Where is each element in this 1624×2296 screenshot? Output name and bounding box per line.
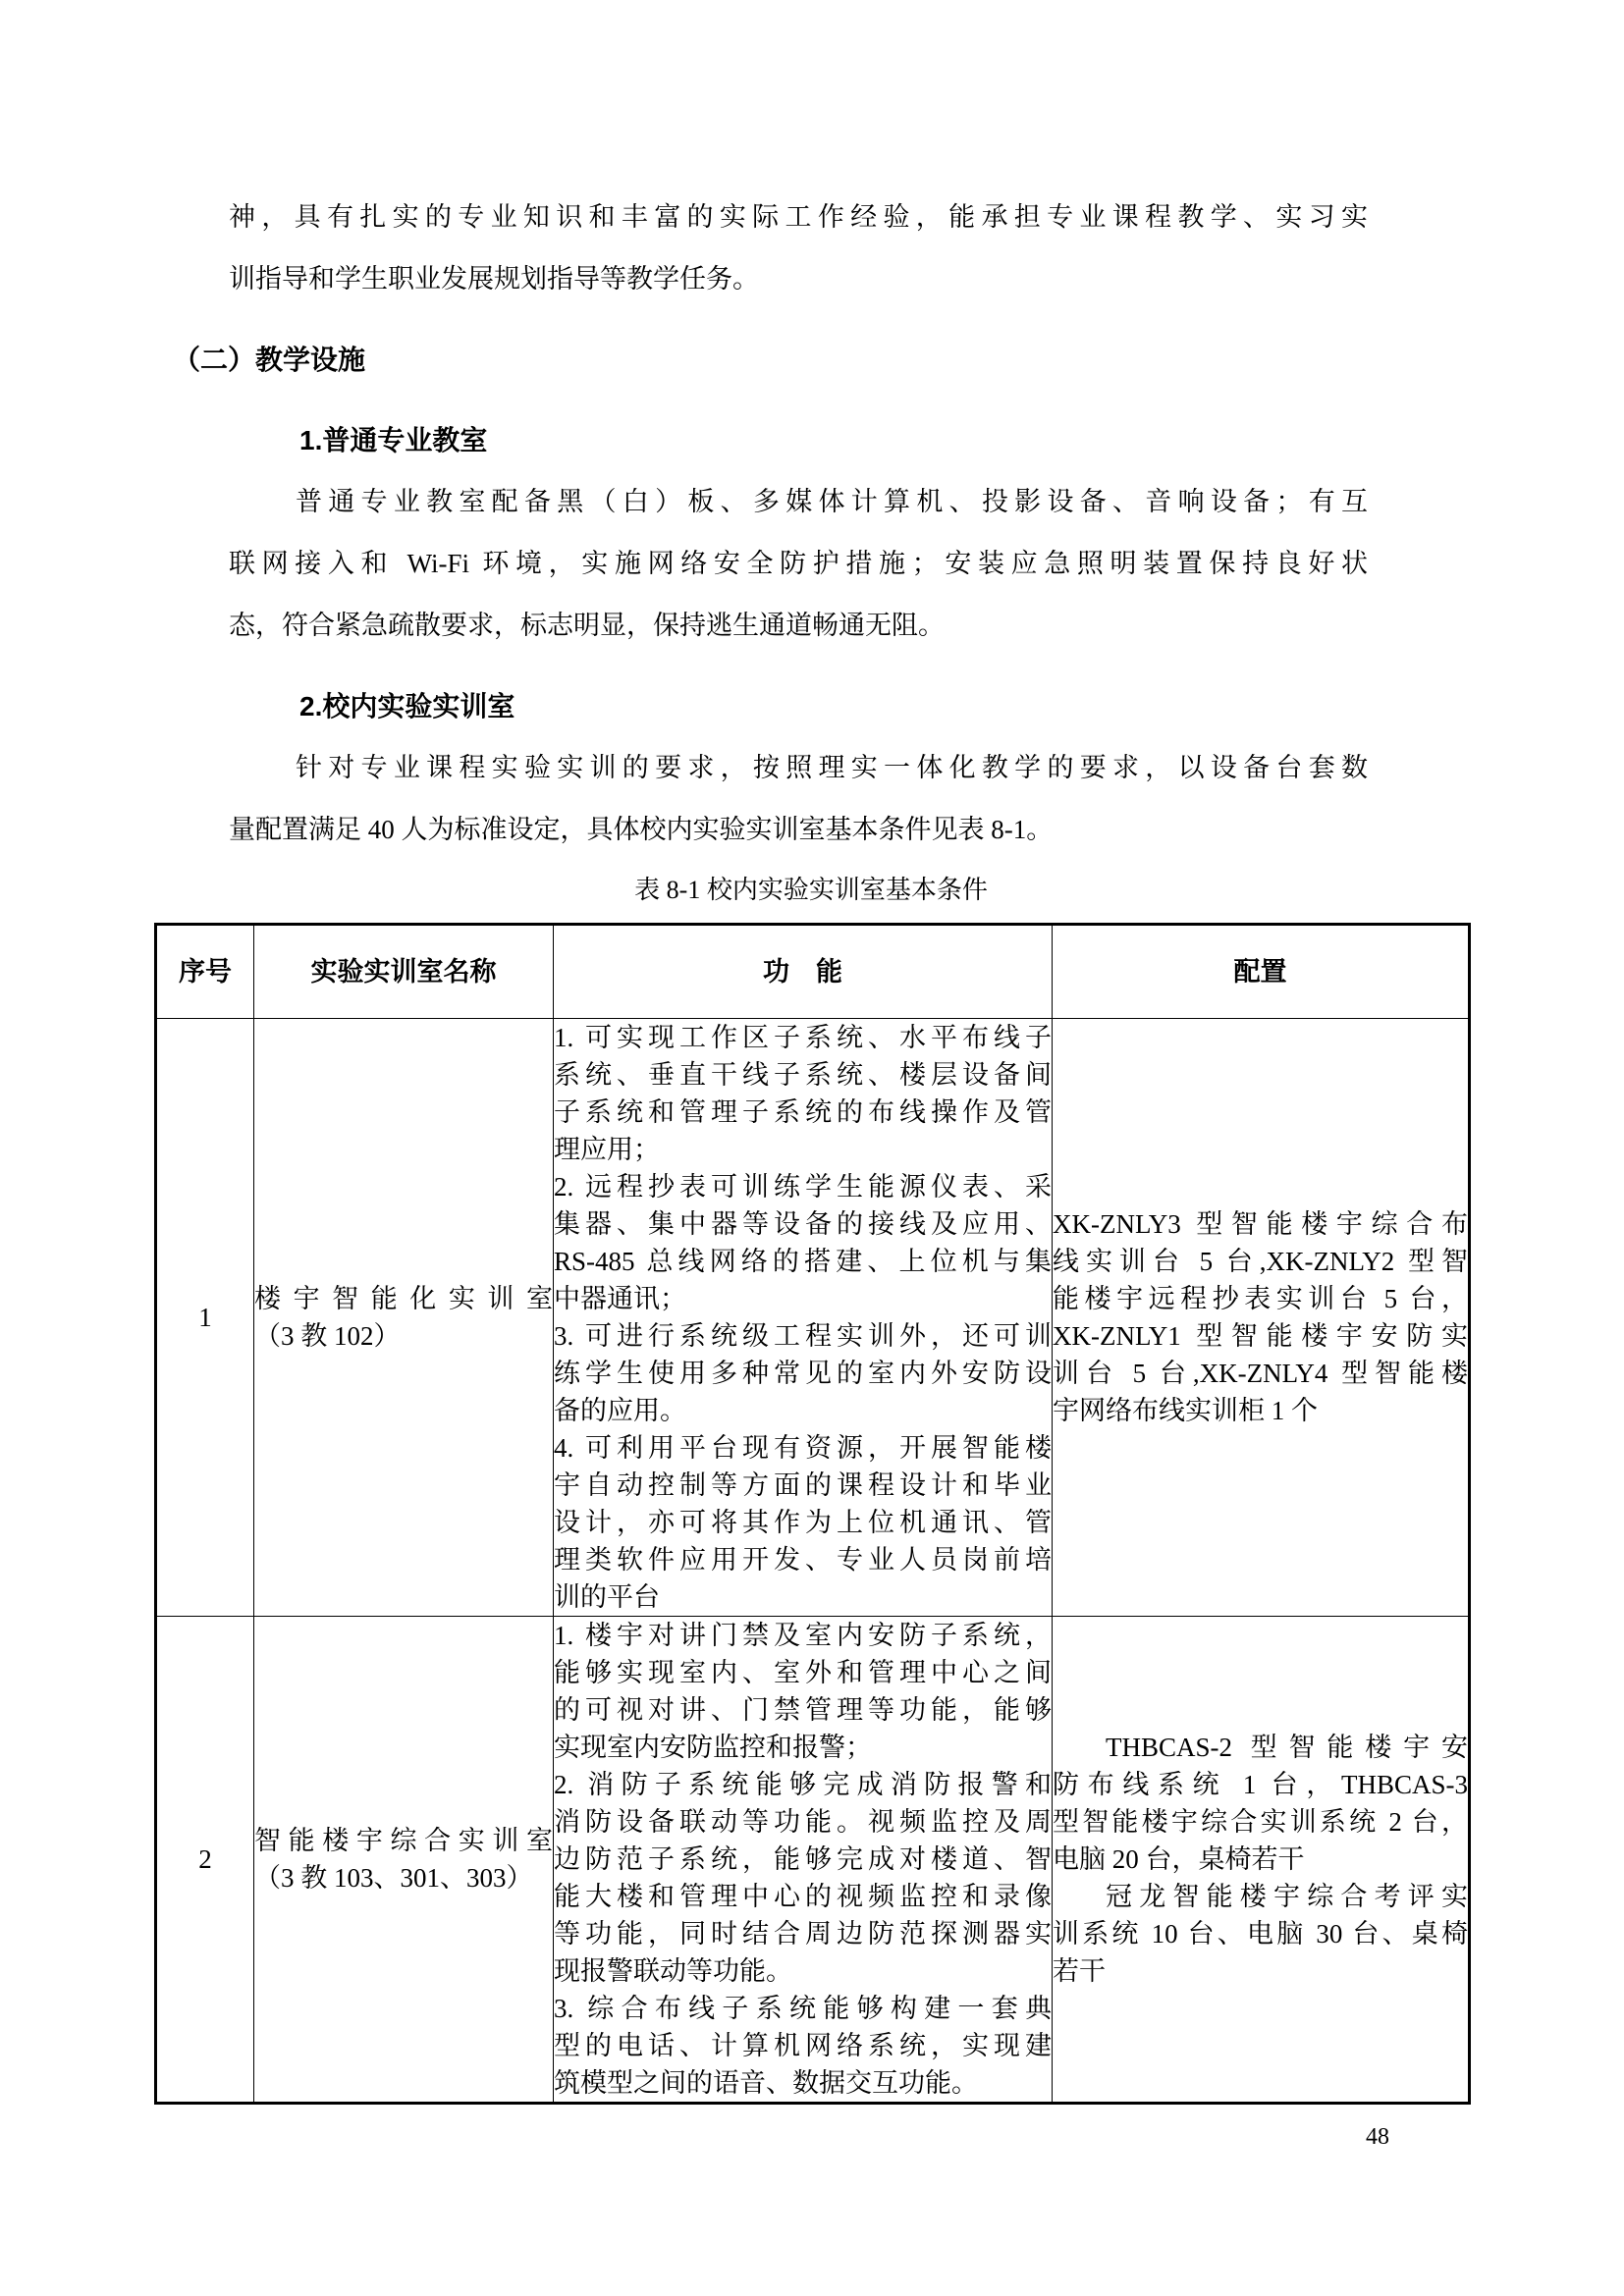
row1-name-line: 楼宇智能化实训室 [254,1280,553,1317]
function-line: 备的应用。 [554,1392,1052,1429]
function-line: 设计，亦可将其作为上位机通讯、管 [554,1504,1052,1541]
function-line: 2. 远程抄表可训练学生能源仪表、采 [554,1168,1052,1205]
function-line: 3. 综合布线子系统能够构建一套典 [554,1990,1052,2027]
function-line: 型的电话、计算机网络系统，实现建 [554,2027,1052,2064]
config-line: 能楼宇远程抄表实训台 5 台， [1053,1280,1468,1317]
classroom-line: 普通专业教室配备黑（白）板、多媒体计算机、投影设备、音响设备；有互 [229,471,1368,533]
config-line: 防布线系统 1 台，THBCAS-3 [1053,1766,1468,1803]
document-page: 神，具有扎实的专业知识和丰富的实际工作经验，能承担专业课程教学、实习实 训指导和… [0,0,1624,2296]
classroom-paragraph: 普通专业教室配备黑（白）板、多媒体计算机、投影设备、音响设备；有互 联网接入和 … [229,471,1368,657]
row2-function: 1. 楼宇对讲门禁及室内安防子系统， 能够实现室内、室外和管理中心之间 的可视对… [554,1617,1053,2104]
function-line: 理类软件应用开发、专业人员岗前培 [554,1541,1052,1578]
config-line: 电脑 20 台，桌椅若干 [1053,1841,1468,1878]
function-line: 消防设备联动等功能。视频监控及周 [554,1803,1052,1841]
row2-name: 智能楼宇综合实训室 （3 教 103、301、303） [254,1617,554,2104]
page-number: 48 [1366,2122,1389,2152]
header-cell-no: 序号 [156,925,254,1019]
function-line: 1. 可实现工作区子系统、水平布线子 [554,1019,1052,1056]
function-line: 筑模型之间的语音、数据交互功能。 [554,2064,1052,2102]
classroom-line: 联网接入和 Wi-Fi 环境，实施网络安全防护措施；安装应急照明装置保持良好状 [229,533,1368,595]
function-line: 集器、集中器等设备的接线及应用、 [554,1205,1052,1243]
intro-paragraph: 神，具有扎实的专业知识和丰富的实际工作经验，能承担专业课程教学、实习实 训指导和… [229,187,1368,310]
config-line: 若干 [1053,1952,1468,1990]
labs-table: 序号 实验实训室名称 功 能 配置 1 楼宇智能化实训室 （3 教 102） 1… [154,923,1471,2105]
function-line: 系统、垂直干线子系统、楼层设备间 [554,1056,1052,1094]
config-line: 训台 5 台,XK-ZNLY4 型智能楼 [1053,1355,1468,1392]
config-line: 冠龙智能楼宇综合考评实 [1053,1878,1468,1915]
labs-paragraph: 针对专业课程实验实训的要求，按照理实一体化教学的要求，以设备台套数 量配置满足 … [229,737,1368,861]
function-line: 的可视对讲、门禁管理等功能，能够 [554,1691,1052,1729]
config-line: 宇网络布线实训柜 1 个 [1053,1392,1468,1429]
config-line: 型智能楼宇综合实训系统 2 台， [1053,1803,1468,1841]
function-line: 能大楼和管理中心的视频监控和录像 [554,1878,1052,1915]
row2-name-line: （3 教 103、301、303） [254,1859,553,1896]
function-line: 1. 楼宇对讲门禁及室内安防子系统， [554,1617,1052,1654]
subsection-heading-labs: 2.校内实验实训室 [299,675,1468,737]
intro-line: 神，具有扎实的专业知识和丰富的实际工作经验，能承担专业课程教学、实习实 [229,187,1368,248]
subsection-heading-classroom: 1.普通专业教室 [299,409,1468,471]
function-line: 3. 可进行系统级工程实训外，还可训 [554,1317,1052,1355]
row1-name: 楼宇智能化实训室 （3 教 102） [254,1019,554,1617]
row2-config: THBCAS-2 型智能楼宇安 防布线系统 1 台，THBCAS-3 型智能楼宇… [1053,1617,1470,2104]
labs-line: 针对专业课程实验实训的要求，按照理实一体化教学的要求，以设备台套数 [229,737,1368,799]
function-line: 子系统和管理子系统的布线操作及管 [554,1094,1052,1131]
row1-config: XK-ZNLY3 型智能楼宇综合布 线实训台 5 台,XK-ZNLY2 型智 能… [1053,1019,1470,1617]
row2-no: 2 [156,1617,254,2104]
function-line: 训的平台 [554,1578,1052,1616]
row2-name-line: 智能楼宇综合实训室 [254,1822,553,1859]
table-row: 2 智能楼宇综合实训室 （3 教 103、301、303） 1. 楼宇对讲门禁及… [156,1617,1470,2104]
function-line: 实现室内安防监控和报警； [554,1729,1052,1766]
function-line: 等功能，同时结合周边防范探测器实 [554,1915,1052,1952]
config-line: XK-ZNLY1 型智能楼宇安防实 [1053,1317,1468,1355]
config-line: 线实训台 5 台,XK-ZNLY2 型智 [1053,1243,1468,1280]
function-line: 理应用； [554,1131,1052,1168]
row1-function: 1. 可实现工作区子系统、水平布线子 系统、垂直干线子系统、楼层设备间 子系统和… [554,1019,1053,1617]
row1-name-line: （3 教 102） [254,1317,553,1355]
function-line: RS-485 总线网络的搭建、上位机与集 [554,1243,1052,1280]
config-line: XK-ZNLY3 型智能楼宇综合布 [1053,1205,1468,1243]
function-line: 4. 可利用平台现有资源，开展智能楼 [554,1429,1052,1467]
row1-no: 1 [156,1019,254,1617]
function-line: 现报警联动等功能。 [554,1952,1052,1990]
function-line: 练学生使用多种常见的室内外安防设 [554,1355,1052,1392]
intro-line: 训指导和学生职业发展规划指导等教学任务。 [229,248,1368,310]
table-header-row: 序号 实验实训室名称 功 能 配置 [156,925,1470,1019]
function-line: 中器通讯； [554,1280,1052,1317]
function-line: 能够实现室内、室外和管理中心之间 [554,1654,1052,1691]
table-row: 1 楼宇智能化实训室 （3 教 102） 1. 可实现工作区子系统、水平布线子 … [156,1019,1470,1617]
config-line: 训系统 10 台、电脑 30 台、桌椅 [1053,1915,1468,1952]
labs-line: 量配置满足 40 人为标准设定，具体校内实验实训室基本条件见表 8-1。 [229,799,1368,861]
header-cell-name: 实验实训室名称 [254,925,554,1019]
function-line: 宇自动控制等方面的课程设计和毕业 [554,1467,1052,1504]
table-caption: 表 8-1 校内实验实训室基本条件 [154,861,1468,920]
function-line: 2. 消防子系统能够完成消防报警和 [554,1766,1052,1803]
header-cell-config: 配置 [1053,925,1470,1019]
section-heading: （二）教学设施 [173,329,1468,391]
header-cell-function: 功 能 [554,925,1053,1019]
function-line: 边防范子系统，能够完成对楼道、智 [554,1841,1052,1878]
classroom-line: 态，符合紧急疏散要求，标志明显，保持逃生通道畅通无阻。 [229,595,1368,657]
config-line: THBCAS-2 型智能楼宇安 [1053,1729,1468,1766]
